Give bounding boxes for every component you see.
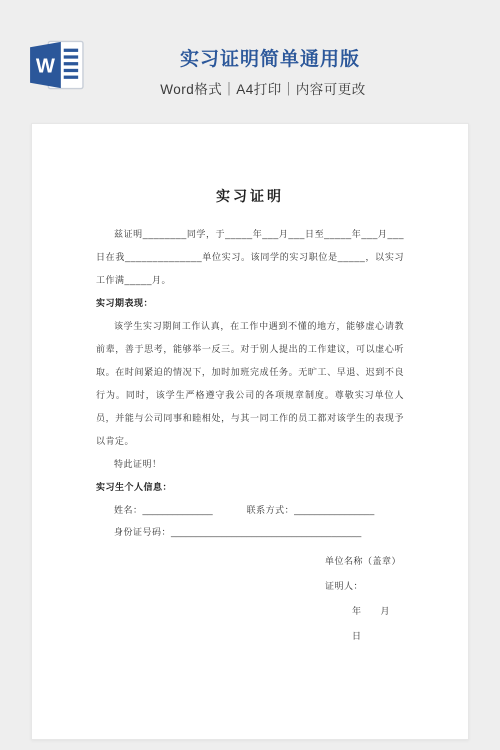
signature-block: 单位名称（盖章） 证明人： 年 月 日	[325, 549, 404, 649]
closing-statement: 特此证明！	[96, 453, 404, 476]
id-row: 身份证号码：__________________________________…	[114, 521, 404, 543]
name-contact-row: 姓名：______________ 联系方式：________________	[114, 499, 404, 521]
intro-paragraph: 兹证明________同学，于_____年___月___日至_____年___月…	[96, 223, 404, 292]
document-title: 实习证明	[96, 186, 404, 206]
id-label: 身份证号码：	[114, 521, 171, 543]
name-label: 姓名：	[114, 499, 143, 521]
template-header: W 实习证明简单通用版 Word格式｜A4打印｜内容可更改	[0, 0, 500, 123]
performance-heading: 实习期表现：	[96, 292, 404, 315]
certifier-label: 证明人：	[325, 574, 404, 599]
contact-blank: ________________	[294, 499, 374, 521]
contact-label: 联系方式：	[247, 499, 295, 521]
name-blank: ______________	[143, 499, 213, 521]
document-page: 实习证明 兹证明________同学，于_____年___月___日至_____…	[31, 123, 469, 740]
svg-text:W: W	[36, 56, 56, 78]
word-icon: W	[28, 40, 86, 90]
info-heading: 实习生个人信息：	[96, 476, 404, 499]
date-line: 年 月 日	[352, 599, 404, 649]
performance-paragraph: 该学生实习期间工作认真，在工作中遇到不懂的地方，能够虚心请教前辈，善于思考，能够…	[96, 315, 404, 453]
id-blank: ______________________________________	[171, 521, 361, 543]
unit-name-seal: 单位名称（盖章）	[325, 549, 404, 574]
